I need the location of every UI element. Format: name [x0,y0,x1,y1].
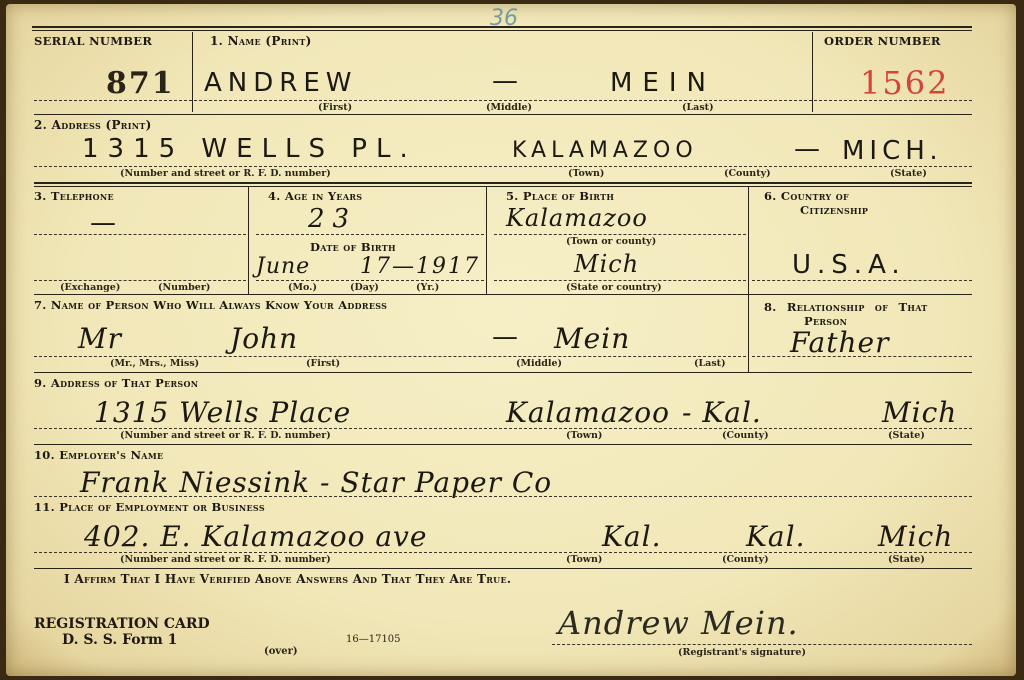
dob-day-year-value: 17—1917 [360,254,480,279]
fill-line [34,428,972,429]
address-state-sub: (State) [890,168,927,179]
employment-street-value: 402. E. Kalamazoo ave [84,520,427,553]
divider [748,186,749,294]
place-of-birth-label: 5. Place of Birth [506,189,614,203]
employment-state-value: Mich [878,520,953,553]
divider [748,294,749,372]
age-value: 23 [308,204,357,234]
telephone-label: 3. Telephone [34,189,114,203]
address-street-sub: (Number and street or R. F. D. number) [120,168,331,179]
age-label: 4. Age in Years [268,189,362,203]
dob-month-value: June [256,254,310,279]
print-code: 16—17105 [346,634,401,645]
citizenship-label-2: Citizenship [800,203,868,217]
divider [248,186,249,294]
employment-place-label: 11. Place of Employment or Business [34,500,265,514]
dob-year-sub: (Yr.) [416,282,439,293]
row-rule [34,444,972,445]
fill-line [34,356,746,357]
top-rule [32,26,972,28]
birth-state-sub: (State or country) [566,282,662,293]
contact-town-value: Kalamazoo [506,396,670,429]
contact-middle-sub: (Middle) [516,358,562,369]
contact-state-sub: (State) [888,430,925,441]
top-rule-inner [32,30,972,31]
signature-line [552,644,972,645]
card-title: REGISTRATION CARD [34,616,210,632]
contact-street-value: 1315 Wells Place [94,396,351,429]
form-number: D. S. S. Form 1 [62,632,177,648]
fill-line [34,280,246,281]
name-first-sub: (First) [318,102,352,113]
row-rule [34,182,972,184]
signature-sub: (Registrant's signature) [678,647,806,658]
fill-line [494,280,746,281]
contact-title-sub: (Mr., Mrs., Miss) [110,358,199,369]
name-middle-sub: (Middle) [486,102,532,113]
dob-day-sub: (Day) [350,282,379,293]
address-state-value: MICH. [842,136,943,166]
employer-value: Frank Niessink - Star Paper Co [80,466,552,499]
fill-line [494,234,746,235]
birth-state-value: Mich [574,250,639,278]
employment-street-sub: (Number and street or R. F. D. number) [120,554,331,565]
registrant-signature: Andrew Mein. [558,604,799,642]
fill-line [34,496,972,497]
employment-state-sub: (State) [888,554,925,565]
address-county-value: — [794,134,820,164]
citizenship-value: U.S.A. [792,250,906,280]
fill-line [34,552,972,553]
dob-month-sub: (Mo.) [288,282,317,293]
citizenship-label-1: 6. Country of [764,189,849,203]
relationship-value: Father [790,326,889,359]
name-first-value: ANDREW [204,68,357,98]
fill-line [34,166,972,167]
fill-line [34,100,972,101]
employer-label: 10. Employer's Name [34,448,163,462]
contact-state-value: Mich [882,396,957,429]
contact-last-sub: (Last) [694,358,726,369]
fill-line [256,234,484,235]
contact-county-sub: (County) [722,430,769,441]
contact-county-value: - Kal. [682,396,762,429]
address-town-sub: (Town) [568,168,604,179]
address-town-value: KALAMAZOO [512,138,698,163]
employment-county-value: Kal. [746,520,805,553]
relationship-label-1: 8. Relationship of That [764,300,928,314]
contact-first-value: John [230,322,298,355]
contact-person-label: 7. Name of Person Who Will Always Know Y… [34,298,387,312]
serial-number-label: SERIAL NUMBER [34,34,152,48]
address-county-sub: (County) [724,168,771,179]
row-rule [34,294,972,295]
contact-first-sub: (First) [306,358,340,369]
serial-number-value: 871 [106,66,175,101]
fill-line [752,356,972,357]
row-rule [34,114,972,115]
registration-card: 36 SERIAL NUMBER 871 1. Name (Print) AND… [6,4,1016,676]
date-of-birth-label: Date of Birth [310,240,396,254]
contact-title-value: Mr [78,322,122,355]
address-label: 2. Address (Print) [34,118,152,132]
birth-town-sub: (Town or county) [566,236,656,247]
contact-address-label: 9. Address of That Person [34,376,198,390]
row-rule [34,186,972,187]
employment-town-sub: (Town) [566,554,602,565]
telephone-exchange-sub: (Exchange) [60,282,120,293]
fill-line [256,280,484,281]
fill-line [34,234,246,235]
name-middle-value: — [492,66,518,96]
address-street-value: 1315 WELLS PL. [82,134,417,164]
fill-line [752,280,972,281]
contact-street-sub: (Number and street or R. F. D. number) [120,430,331,441]
order-number-label: ORDER NUMBER [824,34,941,48]
name-last-value: MEIN [610,68,716,98]
over-note: (over) [264,646,298,657]
contact-middle-value: — [492,322,518,352]
divider [486,186,487,294]
employment-county-sub: (County) [722,554,769,565]
name-label: 1. Name (Print) [210,34,312,48]
name-last-sub: (Last) [682,102,714,113]
contact-last-value: Mein [554,322,630,355]
contact-town-sub: (Town) [566,430,602,441]
order-number-value: 1562 [860,64,949,102]
row-rule [34,372,972,373]
telephone-number-sub: (Number) [158,282,210,293]
row-rule [34,568,972,569]
birth-town-value: Kalamazoo [506,204,648,232]
affirmation-text: I Affirm That I Have Verified Above Answ… [64,572,511,586]
employment-town-value: Kal. [602,520,661,553]
